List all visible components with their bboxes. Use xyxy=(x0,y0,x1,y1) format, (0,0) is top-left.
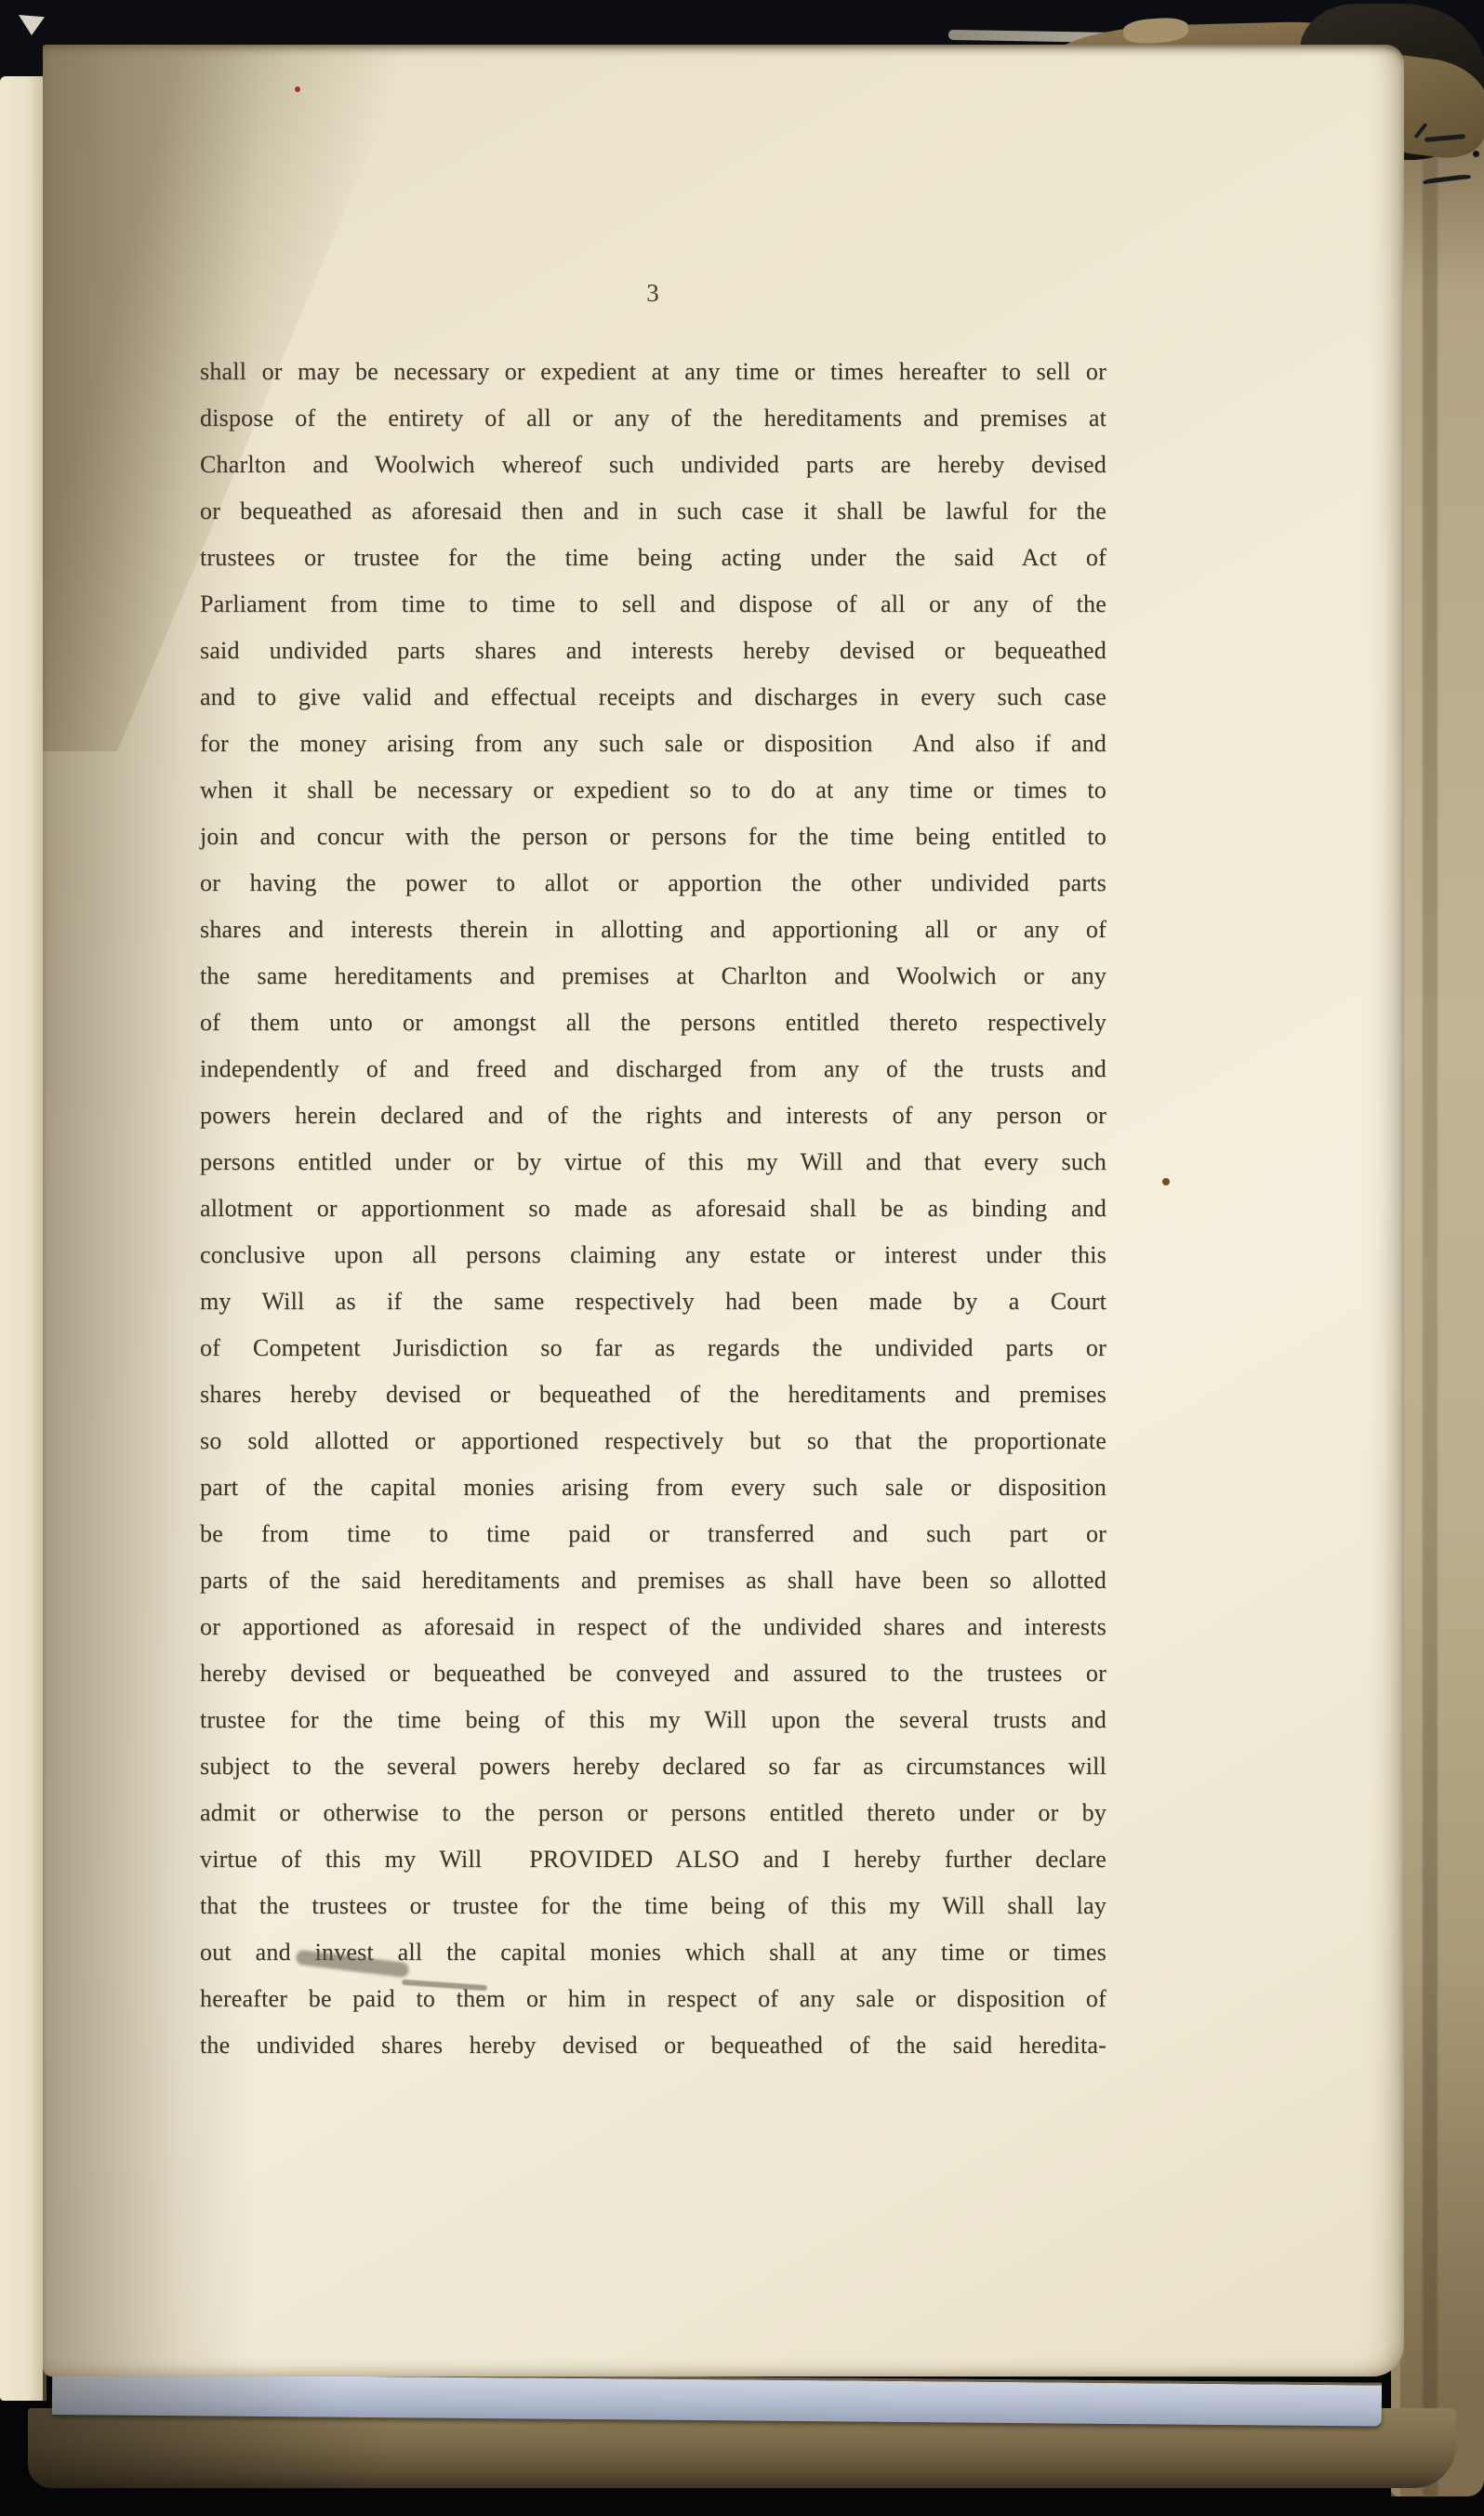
text-line: join and concur with the person or perso… xyxy=(200,814,1106,860)
scanned-will-page: { "page": { "number": "3", "lines": [ "s… xyxy=(0,0,1484,2516)
text-line: Parliament from time to time to sell and… xyxy=(200,581,1106,628)
text-line: virtue of this my Will PROVIDED ALSO and… xyxy=(200,1836,1106,1883)
text-line: persons entitled under or by virtue of t… xyxy=(200,1139,1106,1185)
text-line: or apportioned as aforesaid in respect o… xyxy=(200,1604,1106,1650)
red-speck xyxy=(295,86,300,92)
text-line: when it shall be necessary or expedient … xyxy=(200,767,1106,814)
ink-dot xyxy=(1473,151,1479,157)
text-line: and to give valid and effectual receipts… xyxy=(200,674,1106,721)
text-line: trustee for the time being of this my Wi… xyxy=(200,1697,1106,1743)
text-line: the undivided shares hereby devised or b… xyxy=(200,2022,1106,2069)
text-line: of them unto or amongst all the persons … xyxy=(200,1000,1106,1046)
text-line: or having the power to allot or apportio… xyxy=(200,860,1106,907)
text-line: dispose of the entirety of all or any of… xyxy=(200,395,1106,442)
text-line: shall or may be necessary or expedient a… xyxy=(200,349,1106,395)
text-line: that the trustees or trustee for the tim… xyxy=(200,1883,1106,1929)
foxing-spot xyxy=(1162,1178,1170,1185)
text-line: the same hereditaments and premises at C… xyxy=(200,953,1106,1000)
page-number: 3 xyxy=(200,277,1106,309)
text-line: shares hereby devised or bequeathed of t… xyxy=(200,1371,1106,1418)
text-line: said undivided parts shares and interest… xyxy=(200,628,1106,674)
text-line: parts of the said hereditaments and prem… xyxy=(200,1557,1106,1604)
document-page: 3 shall or may be necessary or expedient… xyxy=(43,45,1404,2377)
book-binding-edge xyxy=(1391,51,1484,2496)
text-line: of Competent Jurisdiction so far as rega… xyxy=(200,1325,1106,1371)
paper-scrap xyxy=(19,15,45,35)
text-line: independently of and freed and discharge… xyxy=(200,1046,1106,1092)
text-line: admit or otherwise to the person or pers… xyxy=(200,1790,1106,1836)
text-line: hereafter be paid to them or him in resp… xyxy=(200,1976,1106,2022)
text-line: subject to the several powers hereby dec… xyxy=(200,1743,1106,1790)
text-line: conclusive upon all persons claiming any… xyxy=(200,1232,1106,1278)
text-line: trustees or trustee for the time being a… xyxy=(200,535,1106,581)
text-line: or bequeathed as aforesaid then and in s… xyxy=(200,488,1106,535)
text-line: my Will as if the same respectively had … xyxy=(200,1278,1106,1325)
text-line: Charlton and Woolwich whereof such undiv… xyxy=(200,442,1106,488)
text-line: powers herein declared and of the rights… xyxy=(200,1092,1106,1139)
text-line: for the money arising from any such sale… xyxy=(200,721,1106,767)
text-line: part of the capital monies arising from … xyxy=(200,1464,1106,1511)
text-line: hereby devised or bequeathed be conveyed… xyxy=(200,1650,1106,1697)
page-stack-edge xyxy=(0,76,46,2401)
text-line: allotment or apportionment so made as af… xyxy=(200,1185,1106,1232)
text-line: so sold allotted or apportioned respecti… xyxy=(200,1418,1106,1464)
text-line: be from time to time paid or transferred… xyxy=(200,1511,1106,1557)
body-text: shall or may be necessary or expedient a… xyxy=(200,349,1106,2069)
text-line: shares and interests therein in allottin… xyxy=(200,907,1106,953)
